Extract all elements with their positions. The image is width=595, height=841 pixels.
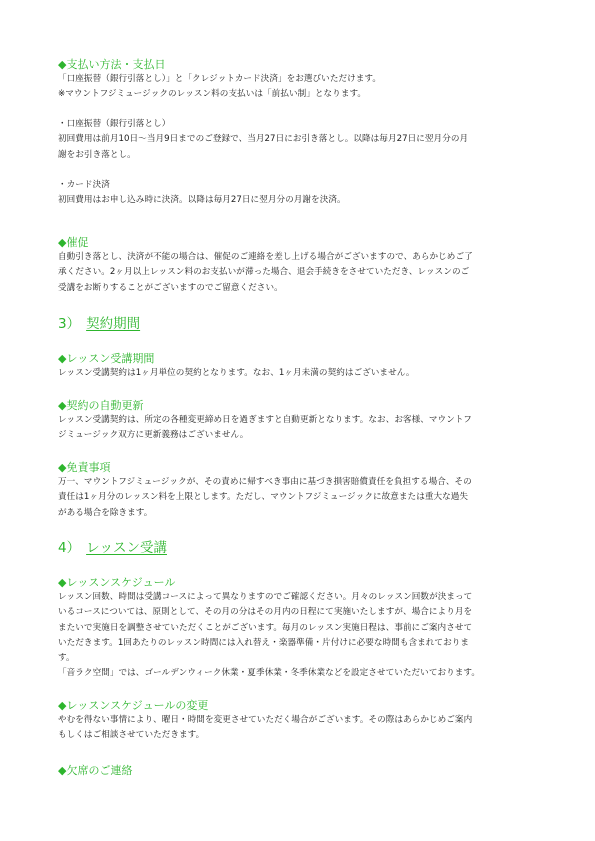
lesson-period-heading: ◆レッスン受講期間 [58, 351, 542, 366]
lesson-schedule-text: レッスン回数、時間は受講コースによって異なりますのでご確認ください。月々のレッス… [58, 590, 542, 682]
schedule-change-heading: ◆レッスンスケジュールの変更 [58, 698, 542, 713]
disclaimer-section: ◆免責事項 万一、マウントフジミュージックが、その責めに帰すべき事由に基づき損害… [58, 460, 542, 521]
absence-section: ◆欠席のご連絡 [58, 763, 542, 778]
text-line: 初回費用はお申し込み時に決済。以降は毎月27日に翌月分の月謝を決済。 [58, 193, 542, 208]
section-title: 契約期間 [86, 316, 140, 332]
reminder-heading: ◆催促 [58, 235, 542, 250]
text-line: 責任は1ヶ月分のレッスン料を上限とします。ただし、マウントフジミュージックに故意… [58, 490, 542, 505]
bank-transfer-section: ・口座振替（銀行引落とし） 初回費用は前月10日〜当月9日までのご登録で、当月2… [58, 117, 542, 163]
text-line: もしくはご相談させていただきます。 [58, 728, 542, 743]
text-line: 万一、マウントフジミュージックが、その責めに帰すべき事由に基づき損害賠償責任を負… [58, 475, 542, 490]
auto-renewal-text: レッスン受講契約は、所定の各種変更締め日を過ぎますと自動更新となります。なお、お… [58, 413, 542, 444]
reminder-section: ◆催促 自動引き落とし、決済が不能の場合は、催促のご連絡を差し上げる場合がござい… [58, 235, 542, 296]
schedule-change-text: やむを得ない事情により、曜日・時間を変更させていただく場合がございます。その際は… [58, 713, 542, 744]
text-line: またいで実施日を調整させていただくことがございます。毎月のレッスン実施日程は、事… [58, 621, 542, 636]
card-payment-section: ・カード決済 初回費用はお申し込み時に決済。以降は毎月27日に翌月分の月謝を決済… [58, 178, 542, 209]
contract-period-heading: 3）契約期間 [58, 315, 542, 333]
contract-period-section: 3）契約期間 [58, 315, 542, 333]
card-payment-text: ・カード決済 初回費用はお申し込み時に決済。以降は毎月27日に翌月分の月謝を決済… [58, 178, 542, 209]
lessons-section: 4）レッスン受講 [58, 539, 542, 557]
text-line: ジミュージック双方に更新義務はございません。 [58, 428, 542, 443]
card-payment-title: ・カード決済 [58, 178, 542, 193]
lesson-schedule-section: ◆レッスンスケジュール レッスン回数、時間は受講コースによって異なりますのでご確… [58, 575, 542, 682]
lesson-period-section: ◆レッスン受講期間 レッスン受講契約は1ヶ月単位の契約となります。なお、1ヶ月未… [58, 351, 542, 381]
lesson-period-text: レッスン受講契約は1ヶ月単位の契約となります。なお、1ヶ月未満の契約はございませ… [58, 366, 542, 381]
reminder-text: 自動引き落とし、決済が不能の場合は、催促のご連絡を差し上げる場合がございますので… [58, 250, 542, 296]
text-line: 自動引き落とし、決済が不能の場合は、催促のご連絡を差し上げる場合がございますので… [58, 250, 542, 265]
text-line: 「口座振替（銀行引落とし）」と「クレジットカード決済」をお選びいただけます。 [58, 72, 542, 87]
text-line: 初回費用は前月10日〜当月9日までのご登録で、当月27日にお引き落とし。以降は毎… [58, 132, 542, 147]
text-line: やむを得ない事情により、曜日・時間を変更させていただく場合がございます。その際は… [58, 713, 542, 728]
schedule-change-section: ◆レッスンスケジュールの変更 やむを得ない事情により、曜日・時間を変更させていた… [58, 698, 542, 744]
disclaimer-text: 万一、マウントフジミュージックが、その責めに帰すべき事由に基づき損害賠償責任を負… [58, 475, 542, 521]
text-line: いただきます。1回あたりのレッスン時間には入れ替え・楽器準備・片付けに必要な時間… [58, 636, 542, 651]
text-line: す。 [58, 651, 542, 666]
auto-renewal-heading: ◆契約の自動更新 [58, 398, 542, 413]
section-number: 4） [58, 540, 80, 556]
absence-heading: ◆欠席のご連絡 [58, 763, 542, 778]
bank-transfer-title: ・口座振替（銀行引落とし） [58, 117, 542, 132]
section-number: 3） [58, 316, 80, 332]
text-line: ※マウントフジミュージックのレッスン料の支払いは「前払い制」となります。 [58, 87, 542, 102]
payment-method-section: ◆支払い方法・支払日 「口座振替（銀行引落とし）」と「クレジットカード決済」をお… [58, 57, 542, 103]
text-line: レッスン受講契約は、所定の各種変更締め日を過ぎますと自動更新となります。なお、お… [58, 413, 542, 428]
text-line: レッスン回数、時間は受講コースによって異なりますのでご確認ください。月々のレッス… [58, 590, 542, 605]
text-line: 受講をお断りすることがございますのでご留意ください。 [58, 281, 542, 296]
text-line: 謝をお引き落とし。 [58, 148, 542, 163]
bank-transfer-text: ・口座振替（銀行引落とし） 初回費用は前月10日〜当月9日までのご登録で、当月2… [58, 117, 542, 163]
payment-method-text: 「口座振替（銀行引落とし）」と「クレジットカード決済」をお選びいただけます。 ※… [58, 72, 542, 103]
text-line: いるコースについては、原則として、その月の分はその月内の日程にて実施いたしますが… [58, 605, 542, 620]
text-line: 「音ラク空間」では、ゴールデンウィーク休業・夏季休業・冬季休業などを設定させてい… [58, 666, 542, 681]
lessons-heading: 4）レッスン受講 [58, 539, 542, 557]
payment-method-heading: ◆支払い方法・支払日 [58, 57, 542, 72]
disclaimer-heading: ◆免責事項 [58, 460, 542, 475]
text-line: がある場合を除きます。 [58, 506, 542, 521]
auto-renewal-section: ◆契約の自動更新 レッスン受講契約は、所定の各種変更締め日を過ぎますと自動更新と… [58, 398, 542, 444]
text-line: 承ください。2ヶ月以上レッスン料のお支払いが滞った場合、退会手続きをさせていただ… [58, 265, 542, 280]
lesson-schedule-heading: ◆レッスンスケジュール [58, 575, 542, 590]
text-line: レッスン受講契約は1ヶ月単位の契約となります。なお、1ヶ月未満の契約はございませ… [58, 366, 542, 381]
section-title: レッスン受講 [86, 540, 167, 556]
